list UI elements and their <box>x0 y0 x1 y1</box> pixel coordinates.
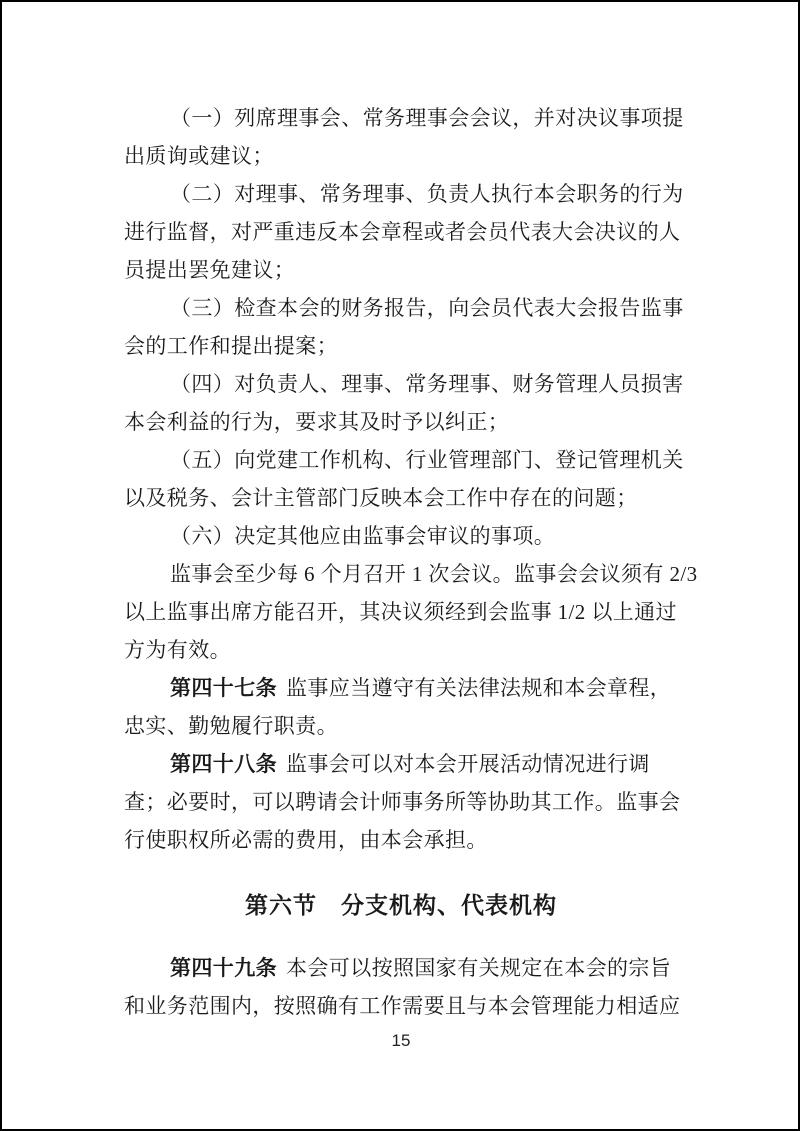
article-number: 第四十七条 <box>170 676 277 700</box>
body-line: 第四十七条监事应当遵守有关法律法规和本会章程， <box>124 669 678 707</box>
body-line: 方为有效。 <box>124 631 678 669</box>
line-text: 本会可以按照国家有关规定在本会的宗旨 <box>286 956 671 980</box>
body-line: 监事会至少每 6 个月召开 1 次会议。监事会会议须有 2/3 <box>124 555 678 593</box>
body-line: 第四十八条监事会可以对本会开展活动情况进行调 <box>124 745 678 783</box>
body-line: 行使职权所必需的费用，由本会承担。 <box>124 821 678 859</box>
body-line: 本会利益的行为，要求其及时予以纠正； <box>124 403 678 441</box>
body-line: 查；必要时，可以聘请会计师事务所等协助其工作。监事会 <box>124 783 678 821</box>
body-line: （五）向党建工作机构、行业管理部门、登记管理机关 <box>124 441 678 479</box>
body-line: 第四十九条本会可以按照国家有关规定在本会的宗旨 <box>124 949 678 987</box>
page-content: （一）列席理事会、常务理事会会议，并对决议事项提 出质询或建议； （二）对理事、… <box>2 2 798 1051</box>
body-line: 忠实、勤勉履行职责。 <box>124 707 678 745</box>
body-line: （一）列席理事会、常务理事会会议，并对决议事项提 <box>124 99 678 137</box>
body-line: （四）对负责人、理事、常务理事、财务管理人员损害 <box>124 365 678 403</box>
body-line: （三）检查本会的财务报告，向会员代表大会报告监事 <box>124 289 678 327</box>
body-line: 进行监督，对严重违反本会章程或者会员代表大会决议的人 <box>124 213 678 251</box>
document-page: （一）列席理事会、常务理事会会议，并对决议事项提 出质询或建议； （二）对理事、… <box>0 0 800 1131</box>
line-text: 监事会可以对本会开展活动情况进行调 <box>286 752 650 776</box>
article-number: 第四十九条 <box>170 956 277 980</box>
section-heading: 第六节 分支机构、代表机构 <box>124 887 678 925</box>
body-line: （六）决定其他应由监事会审议的事项。 <box>124 517 678 555</box>
body-line: 以及税务、会计主管部门反映本会工作中存在的问题； <box>124 479 678 517</box>
page-number: 15 <box>124 1031 678 1051</box>
body-line: 会的工作和提出提案； <box>124 327 678 365</box>
body-line: 和业务范围内，按照确有工作需要且与本会管理能力相适应 <box>124 987 678 1025</box>
body-line: （二）对理事、常务理事、负责人执行本会职务的行为 <box>124 175 678 213</box>
body-line: 员提出罢免建议； <box>124 251 678 289</box>
article-number: 第四十八条 <box>170 752 277 776</box>
body-line: 出质询或建议； <box>124 137 678 175</box>
body-line: 以上监事出席方能召开，其决议须经到会监事 1/2 以上通过 <box>124 593 678 631</box>
line-text: 监事应当遵守有关法律法规和本会章程， <box>286 676 671 700</box>
